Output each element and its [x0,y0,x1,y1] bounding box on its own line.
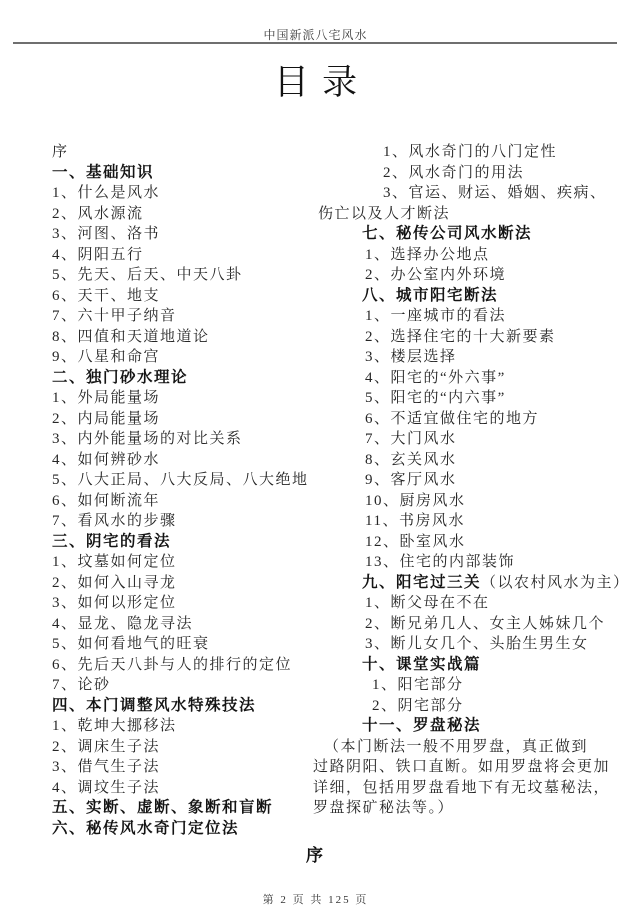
toc-line: 伤亡以及人才断法 [313,204,629,225]
toc-line: 1、风水奇门的八门定性 [313,142,629,163]
toc-line: 1、什么是风水 [52,183,314,204]
toc-line: 3、楼层选择 [313,347,629,368]
toc-line: 罗盘探矿秘法等。） [313,798,629,819]
toc-line-text: 六、秘传风水奇门定位法 [52,820,239,837]
toc-line-text: 八、城市阳宅断法 [362,287,498,304]
toc-line: 7、六十甲子纳音 [52,306,314,327]
toc-line: 2、选择住宅的十大新要素 [313,327,629,348]
toc-line-text: 2、如何入山寻龙 [52,575,177,591]
toc-line: 2、风水奇门的用法 [313,163,629,184]
toc-line-text: 序 [52,144,69,160]
toc-line-text: 4、阳宅的“外六事” [365,370,506,386]
toc-line: 6、如何断流年 [52,491,314,512]
toc-line-text: 1、断父母在不在 [365,595,490,611]
toc-line-text: 7、六十甲子纳音 [52,308,177,324]
toc-line-text: 罗盘探矿秘法等。） [313,800,454,816]
toc-line-text: 5、如何看地气的旺衰 [52,636,210,652]
toc-line-text: 3、断儿女几个、头胎生男生女 [365,636,589,652]
toc-line: （本门断法一般不用罗盘，真正做到 [313,737,629,758]
toc-line: 2、如何入山寻龙 [52,573,314,594]
toc-line-text: 6、先后天八卦与人的排行的定位 [52,657,292,673]
toc-line-text: 3、如何以形定位 [52,595,177,611]
toc-line: 10、厨房风水 [313,491,629,512]
toc-line: 3、借气生子法 [52,757,314,778]
toc-line: 3、内外能量场的对比关系 [52,429,314,450]
toc-line: 九、阳宅过三关（以农村风水为主） [313,573,629,594]
toc-line-text: 7、大门风水 [365,431,457,447]
toc-line: 5、阳宅的“内六事” [313,388,629,409]
toc-line: 7、看风水的步骤 [52,511,314,532]
toc-line: 8、四值和天道地道论 [52,327,314,348]
toc-line-text: 1、什么是风水 [52,185,160,201]
toc-line: 4、阴阳五行 [52,245,314,266]
toc-line-text: 6、如何断流年 [52,493,160,509]
toc-line-text: 4、显龙、隐龙寻法 [52,616,193,632]
toc-line-text: 3、楼层选择 [365,349,457,365]
page-number: 第 2 页 共 125 页 [0,891,631,907]
toc-line-text: 1、阳宅部分 [372,677,464,693]
toc-line: 2、内局能量场 [52,409,314,430]
toc-line: 1、坟墓如何定位 [52,552,314,573]
toc-line: 3、河图、洛书 [52,224,314,245]
toc-line-text: 一、基础知识 [52,164,154,181]
toc-line-text: 二、独门砂水理论 [52,369,188,386]
toc-line-text: 4、调坟生子法 [52,780,160,796]
toc-line-text: 12、卧室风水 [365,534,466,550]
toc-line: 12、卧室风水 [313,532,629,553]
toc-line: 4、如何辨砂水 [52,450,314,471]
toc-line-text: 5、先天、后天、中天八卦 [52,267,243,283]
toc-line: 5、先天、后天、中天八卦 [52,265,314,286]
toc-line: 5、如何看地气的旺衰 [52,634,314,655]
toc-line-text: 十一、罗盘秘法 [362,717,481,734]
header-rule [13,42,617,44]
toc-line-text: 1、风水奇门的八门定性 [383,144,557,160]
toc-line-text: 2、风水源流 [52,206,144,222]
toc-line-text: 7、论砂 [52,677,111,693]
document-page: 中国新派八宅风水 目录 序一、基础知识1、什么是风水2、风水源流3、河图、洛书4… [0,0,631,919]
toc-line-text: 1、坟墓如何定位 [52,554,177,570]
toc-line-text: 2、断兄弟几人、女主人姊妹几个 [365,616,605,632]
toc-line: 11、书房风水 [313,511,629,532]
toc-line-text: 6、天干、地支 [52,288,160,304]
toc-line-text: 10、厨房风水 [365,493,466,509]
toc-line-text: 3、借气生子法 [52,759,160,775]
toc-line-text: 1、选择办公地点 [365,247,490,263]
toc-line: 四、本门调整风水特殊技法 [52,696,314,717]
toc-line-text: 5、八大正局、八大反局、八大绝地 [52,472,309,488]
toc-line: 3、断儿女几个、头胎生男生女 [313,634,629,655]
toc-line-text: 三、阴宅的看法 [52,533,171,550]
toc-line: 4、调坟生子法 [52,778,314,799]
toc-line-text: 2、内局能量场 [52,411,160,427]
toc-line: 9、八星和命宫 [52,347,314,368]
toc-line-text: 2、风水奇门的用法 [383,165,524,181]
toc-line: 6、不适宜做住宅的地方 [313,409,629,430]
section-heading-preface: 序 [0,841,631,866]
toc-line-text: 4、阴阳五行 [52,247,144,263]
toc-line: 7、论砂 [52,675,314,696]
toc-line-text: 13、住宅的内部装饰 [365,554,515,570]
toc-line-text: 9、客厅风水 [365,472,457,488]
toc-line: 七、秘传公司风水断法 [313,224,629,245]
toc-line-text: 9、八星和命宫 [52,349,160,365]
toc-line: 1、乾坤大挪移法 [52,716,314,737]
toc-line: 二、独门砂水理论 [52,368,314,389]
toc-line-text: 3、官运、财运、婚姻、疾病、 [383,185,607,201]
toc-line-text: 1、乾坤大挪移法 [52,718,177,734]
toc-line-text: 6、不适宜做住宅的地方 [365,411,539,427]
toc-line-suffix: （以农村风水为主） [481,575,630,591]
toc-line-text: 四、本门调整风水特殊技法 [52,697,256,714]
toc-line: 5、八大正局、八大反局、八大绝地 [52,470,314,491]
toc-line-text: 十、课堂实战篇 [362,656,481,673]
toc-line-text: 8、四值和天道地道论 [52,329,210,345]
toc-line: 一、基础知识 [52,163,314,184]
toc-line: 1、选择办公地点 [313,245,629,266]
toc-line: 4、显龙、隐龙寻法 [52,614,314,635]
toc-line: 2、办公室内外环境 [313,265,629,286]
toc-line: 8、玄关风水 [313,450,629,471]
toc-line: 1、外局能量场 [52,388,314,409]
toc-line-text: 5、阳宅的“内六事” [365,390,506,406]
toc-line-text: 3、内外能量场的对比关系 [52,431,243,447]
toc-line: 2、断兄弟几人、女主人姊妹几个 [313,614,629,635]
toc-line-text: 7、看风水的步骤 [52,513,177,529]
toc-line: 六、秘传风水奇门定位法 [52,819,314,840]
toc-line-text: 1、一座城市的看法 [365,308,506,324]
toc-line: 1、阳宅部分 [313,675,629,696]
toc-line: 2、阴宅部分 [313,696,629,717]
toc-line-text: 2、阴宅部分 [372,698,464,714]
toc-line: 1、一座城市的看法 [313,306,629,327]
toc-line: 2、风水源流 [52,204,314,225]
toc-line: 十、课堂实战篇 [313,655,629,676]
toc-line-text: 九、阳宅过三关 [362,574,481,591]
toc-line: 4、阳宅的“外六事” [313,368,629,389]
toc-left-column: 序一、基础知识1、什么是风水2、风水源流3、河图、洛书4、阴阳五行5、先天、后天… [52,142,314,839]
toc-line-text: 1、外局能量场 [52,390,160,406]
toc-line: 3、官运、财运、婚姻、疾病、 [313,183,629,204]
toc-line: 序 [52,142,314,163]
toc-line-text: 8、玄关风水 [365,452,457,468]
toc-line: 十一、罗盘秘法 [313,716,629,737]
toc-line-text: 4、如何辨砂水 [52,452,160,468]
toc-columns: 序一、基础知识1、什么是风水2、风水源流3、河图、洛书4、阴阳五行5、先天、后天… [0,142,631,842]
toc-line: 3、如何以形定位 [52,593,314,614]
toc-line-text: 2、办公室内外环境 [365,267,506,283]
toc-line-text: 3、河图、洛书 [52,226,160,242]
toc-line: 过路阴阳、铁口直断。如用罗盘将会更加 [313,757,629,778]
toc-line-text: 五、实断、虚断、象断和盲断 [52,799,273,816]
toc-line: 7、大门风水 [313,429,629,450]
toc-line: 1、断父母在不在 [313,593,629,614]
toc-line-text: 详细，包括用罗盘看地下有无坟墓秘法， [313,780,610,796]
toc-line: 详细，包括用罗盘看地下有无坟墓秘法， [313,778,629,799]
toc-line-text: 过路阴阳、铁口直断。如用罗盘将会更加 [313,759,610,775]
page-title: 目录 [0,62,631,104]
toc-line-text: （本门断法一般不用罗盘，真正做到 [324,739,588,755]
toc-line-text: 七、秘传公司风水断法 [362,225,532,242]
running-header: 中国新派八宅风水 [0,26,631,43]
toc-line: 13、住宅的内部装饰 [313,552,629,573]
toc-line: 9、客厅风水 [313,470,629,491]
toc-right-column: 1、风水奇门的八门定性2、风水奇门的用法3、官运、财运、婚姻、疾病、伤亡以及人才… [313,142,629,819]
toc-line: 6、天干、地支 [52,286,314,307]
toc-line: 五、实断、虚断、象断和盲断 [52,798,314,819]
toc-line: 三、阴宅的看法 [52,532,314,553]
toc-line: 6、先后天八卦与人的排行的定位 [52,655,314,676]
toc-line-text: 2、选择住宅的十大新要素 [365,329,556,345]
toc-line-text: 伤亡以及人才断法 [318,206,450,222]
toc-line: 2、调床生子法 [52,737,314,758]
toc-line: 八、城市阳宅断法 [313,286,629,307]
toc-line-text: 2、调床生子法 [52,739,160,755]
toc-line-text: 11、书房风水 [365,513,465,529]
